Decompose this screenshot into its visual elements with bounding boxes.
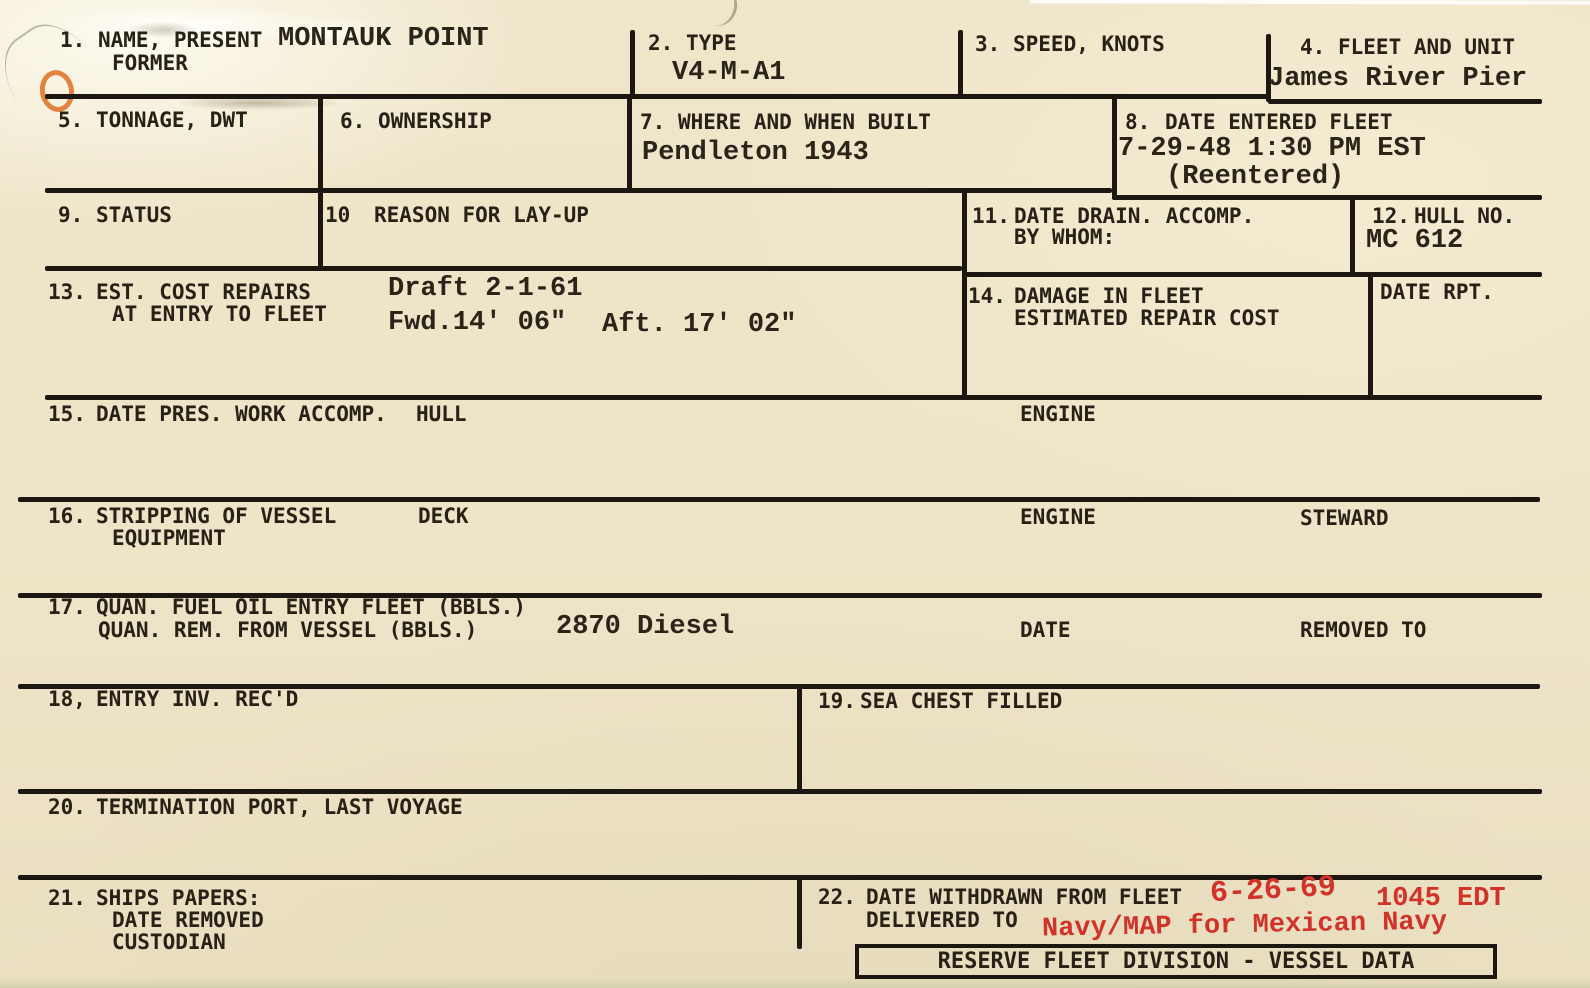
- field-16-engine-label: ENGINE: [1020, 505, 1096, 529]
- grid-line: [1112, 96, 1117, 198]
- field-22-withdrawn-date-stamp: 6-26-69: [1209, 871, 1337, 912]
- field-16-sublabel: EQUIPMENT: [112, 526, 226, 550]
- grid-line: [45, 188, 1112, 193]
- field-21-sublabel-2: CUSTODIAN: [112, 930, 226, 954]
- field-16-label: STRIPPING OF VESSEL: [96, 504, 336, 528]
- field-13-value-2: Fwd.14' 06": [388, 308, 566, 338]
- field-6-label: OWNERSHIP: [378, 109, 492, 133]
- field-2-value: V4-M-A1: [672, 58, 785, 88]
- field-1-label: NAME, PRESENT: [98, 28, 262, 52]
- grid-line: [797, 686, 802, 791]
- field-19-label: SEA CHEST FILLED: [860, 689, 1062, 713]
- field-9-number: 9.: [58, 203, 83, 227]
- field-13-label: EST. COST REPAIRS: [96, 280, 311, 304]
- field-15-number: 15.: [48, 402, 86, 426]
- field-3-label: SPEED, KNOTS: [1013, 32, 1165, 56]
- field-10-number: 10: [325, 203, 350, 227]
- field-4-label: FLEET AND UNIT: [1338, 35, 1515, 59]
- field-15-label: DATE PRES. WORK ACCOMP.: [96, 402, 387, 426]
- grid-line: [318, 190, 323, 269]
- field-8-label: DATE ENTERED FLEET: [1165, 110, 1393, 134]
- grid-line: [962, 190, 967, 275]
- field-17-date-label: DATE: [1020, 618, 1071, 642]
- field-8-value-2: (Reentered): [1166, 162, 1344, 192]
- field-8-number: 8.: [1125, 110, 1150, 134]
- field-11-number: 11.: [972, 204, 1010, 228]
- card-title: RESERVE FLEET DIVISION - VESSEL DATA: [938, 949, 1415, 974]
- field-1-value: MONTAUK POINT: [278, 24, 489, 54]
- field-20-label: TERMINATION PORT, LAST VOYAGE: [96, 795, 463, 819]
- grid-line: [630, 30, 635, 96]
- field-11-sublabel: BY WHOM:: [1014, 225, 1115, 249]
- field-17-number: 17.: [48, 595, 86, 619]
- field-7-number: 7.: [640, 110, 665, 134]
- grid-line: [962, 272, 1542, 277]
- reserve-fleet-division-title-box: RESERVE FLEET DIVISION - VESSEL DATA: [855, 944, 1497, 979]
- field-8-value: 7-29-48 1:30 PM EST: [1118, 134, 1426, 164]
- field-4-value: James River Pier: [1268, 64, 1527, 94]
- grid-line: [1112, 195, 1542, 200]
- field-14-number: 14.: [968, 284, 1006, 308]
- field-13-sublabel: AT ENTRY TO FLEET: [112, 302, 327, 326]
- field-7-label: WHERE AND WHEN BUILT: [678, 110, 931, 134]
- date-rpt-label: DATE RPT.: [1380, 280, 1494, 304]
- grid-line: [318, 96, 323, 191]
- field-10-label: REASON FOR LAY-UP: [374, 203, 589, 227]
- card-top-edge-sliver: [1030, 0, 1590, 5]
- grid-line: [1350, 196, 1355, 275]
- field-15-hull-label: HULL: [416, 402, 467, 426]
- pencil-arc-mark: [696, 0, 742, 30]
- field-5-number: 5.: [58, 108, 83, 132]
- field-12-label: HULL NO.: [1414, 204, 1515, 228]
- field-22-label: DATE WITHDRAWN FROM FLEET: [866, 885, 1182, 909]
- grid-line: [18, 497, 1540, 502]
- field-15-engine-label: ENGINE: [1020, 402, 1096, 426]
- field-17-sublabel: QUAN. REM. FROM VESSEL (BBLS.): [98, 618, 477, 642]
- grid-line: [962, 274, 967, 398]
- card-bottom-edge: [0, 978, 1590, 988]
- field-12-number: 12.: [1372, 204, 1410, 228]
- field-13-value-3: Aft. 17' 02": [602, 310, 796, 340]
- field-14-label: DAMAGE IN FLEET: [1014, 284, 1204, 308]
- field-19-number: 19.: [818, 689, 856, 713]
- field-14-sublabel: ESTIMATED REPAIR COST: [1014, 306, 1280, 330]
- field-16-steward-label: STEWARD: [1300, 506, 1389, 530]
- field-17-removed-label: REMOVED TO: [1300, 618, 1426, 642]
- field-16-number: 16.: [48, 504, 86, 528]
- field-5-label: TONNAGE, DWT: [96, 108, 248, 132]
- field-22-delivered-to-stamp: Navy/MAP for Mexican Navy: [1042, 907, 1448, 944]
- vessel-data-card: 1. NAME, PRESENT MONTAUK POINT FORMER 2.…: [0, 0, 1590, 988]
- grid-line: [1368, 274, 1373, 398]
- field-16-deck-label: DECK: [418, 504, 469, 528]
- field-3-number: 3.: [975, 32, 1000, 56]
- grid-line: [958, 30, 963, 96]
- field-1-number: 1.: [60, 28, 85, 52]
- grid-line: [627, 96, 632, 191]
- field-18-label: ENTRY INV. REC'D: [96, 687, 298, 711]
- field-6-number: 6.: [340, 109, 365, 133]
- field-18-number: 18,: [48, 687, 86, 711]
- field-20-number: 20.: [48, 795, 86, 819]
- field-12-value: MC 612: [1366, 226, 1463, 256]
- grid-line: [797, 877, 802, 949]
- field-21-number: 21.: [48, 886, 86, 910]
- grid-line: [18, 789, 1542, 794]
- field-13-value: Draft 2-1-61: [388, 274, 582, 304]
- field-2-number: 2.: [648, 31, 673, 55]
- field-13-number: 13.: [48, 280, 86, 304]
- grid-line: [45, 266, 962, 271]
- field-21-label: SHIPS PAPERS:: [96, 886, 260, 910]
- field-7-value: Pendleton 1943: [642, 138, 869, 168]
- field-9-label: STATUS: [96, 203, 172, 227]
- field-2-label: TYPE: [686, 31, 737, 55]
- grid-line: [1268, 99, 1542, 104]
- field-4-number: 4.: [1300, 35, 1325, 59]
- field-1-sublabel: FORMER: [112, 51, 188, 75]
- grid-line: [45, 94, 1268, 99]
- field-21-sublabel: DATE REMOVED: [112, 908, 264, 932]
- field-22-sublabel: DELIVERED TO: [866, 908, 1018, 932]
- field-17-value: 2870 Diesel: [556, 612, 734, 642]
- field-22-number: 22.: [818, 885, 856, 909]
- grid-line: [45, 395, 1542, 400]
- field-17-label: QUAN. FUEL OIL ENTRY FLEET (BBLS.): [96, 595, 526, 619]
